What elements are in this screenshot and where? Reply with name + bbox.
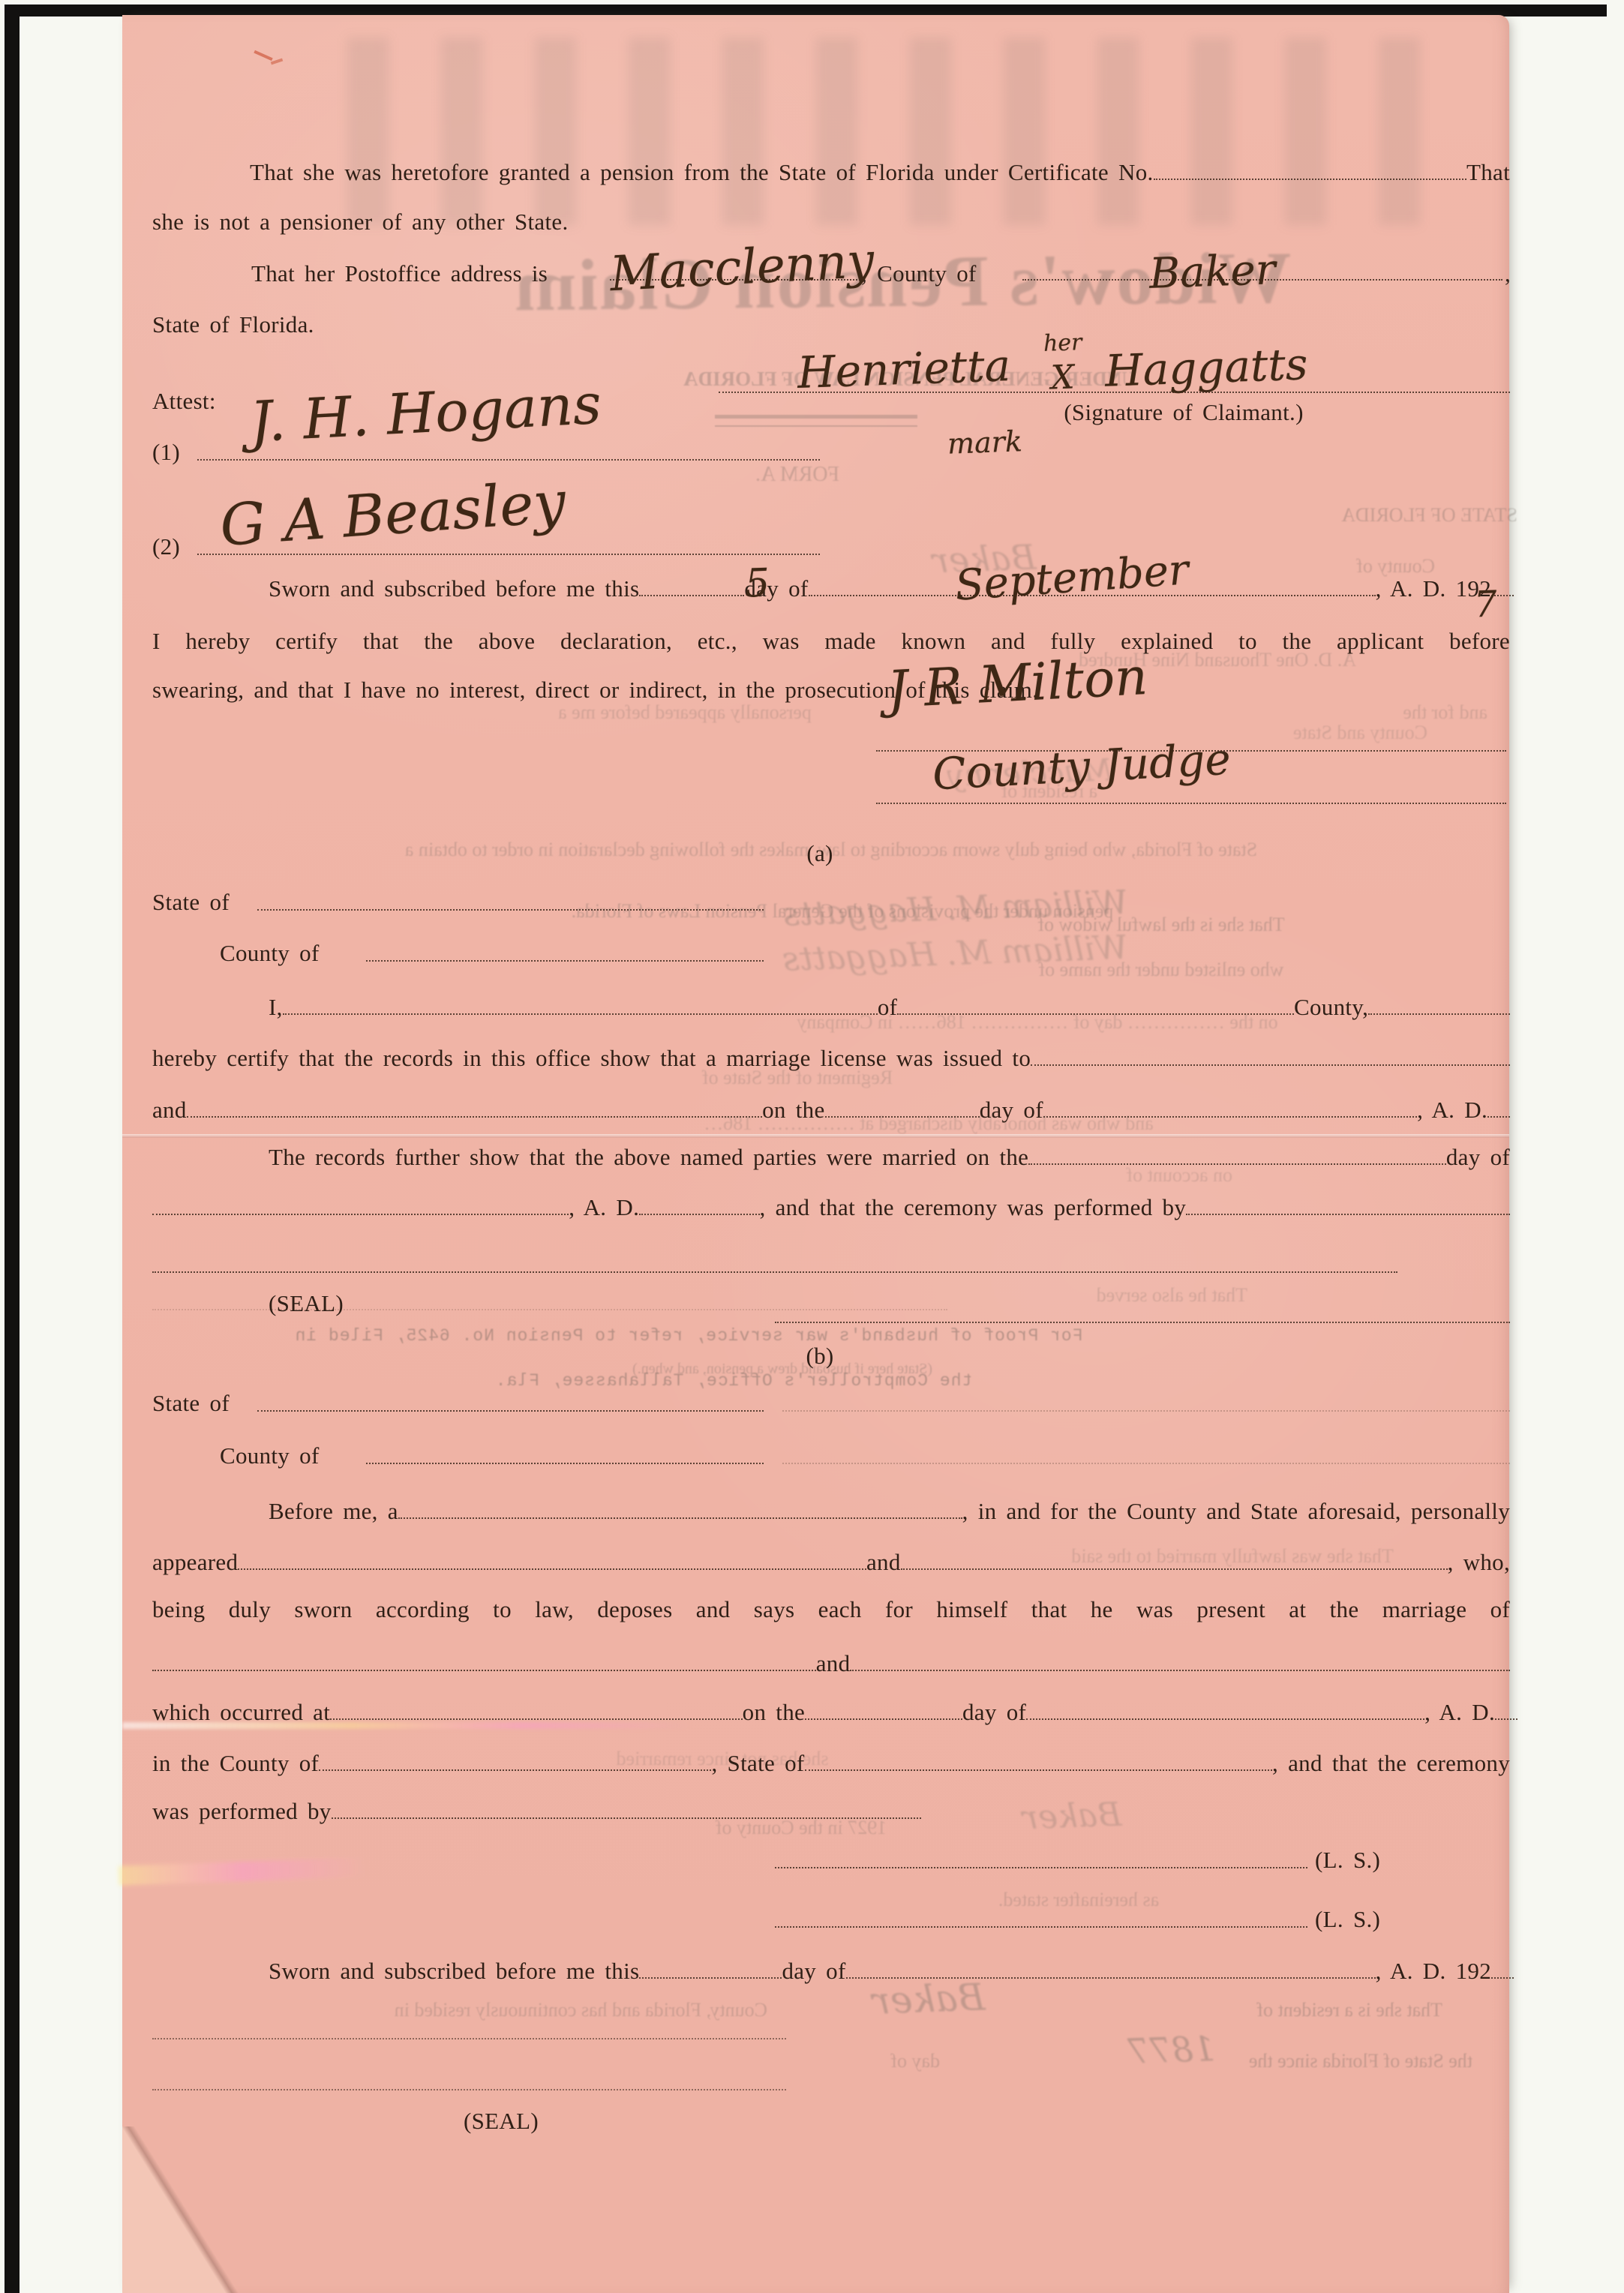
- fill-a-state: [257, 909, 764, 911]
- red-mark-2: [271, 59, 283, 65]
- ad-label: , A. D.: [1417, 1097, 1487, 1124]
- fill-groom: [152, 1650, 816, 1671]
- before-me-text2: , in and for the County and State afores…: [962, 1498, 1510, 1525]
- line-performed: was performed by: [152, 1798, 921, 1825]
- bleed-since-a: the State of Florida since the: [1052, 2050, 1472, 2072]
- scanner-edge-left: [5, 5, 20, 2293]
- county-of-label: , County of: [861, 260, 977, 287]
- fill-performed-by: [332, 1798, 921, 1819]
- seal-a-label: (SEAL): [269, 1290, 344, 1317]
- occurred-on-the: on the: [743, 1699, 805, 1726]
- line-married-on: The records further show that the above …: [269, 1144, 1510, 1171]
- fill-clerk-sign: [775, 1322, 1510, 1323]
- fill-certificate-no: [1154, 159, 1466, 180]
- line-couple: and: [152, 1650, 1510, 1677]
- sworn1-text: Sworn and subscribed before me this: [269, 575, 639, 602]
- corner-fold: [122, 2126, 242, 2293]
- fill-a-county: [366, 960, 764, 962]
- fill-occurred-year: [1495, 1699, 1517, 1720]
- bleed-smudge-top: [347, 38, 1457, 225]
- ls2-label: (L. S.): [1315, 1906, 1380, 1933]
- seal-b-label: (SEAL): [464, 2108, 539, 2135]
- witness2-number: (2): [152, 533, 180, 560]
- granted-that: That: [1466, 159, 1510, 186]
- hw-sworn-year-digit: 7: [1473, 583, 1497, 626]
- married-on-text: The records further show that the above …: [269, 1144, 1028, 1171]
- fill-marriage-county: [319, 1750, 711, 1771]
- fill-license-year: [1487, 1097, 1510, 1118]
- bleed-resident2a: That she is a resident of: [1052, 1999, 1442, 2021]
- before-me-text: Before me, a: [269, 1498, 398, 1525]
- sworn2-text: Sworn and subscribed before me this: [269, 1958, 639, 1985]
- ceremony2-label: , and that the ceremony: [1272, 1750, 1510, 1777]
- section-a-label: (a): [670, 840, 970, 867]
- bleed-also-served: That he also served: [955, 1284, 1247, 1307]
- fill-ls1: [775, 1867, 1307, 1868]
- fill-sworn1-day: [639, 575, 744, 596]
- of-label: of: [878, 994, 897, 1021]
- fold-crease-2: [122, 1722, 692, 1729]
- fill-occurred-place: [330, 1699, 742, 1720]
- occurred-ad: , A. D.: [1424, 1699, 1495, 1726]
- fill-bride: [850, 1650, 1510, 1671]
- hw-witness2: G A Beasley: [218, 468, 567, 559]
- county-comma: County,: [1294, 994, 1368, 1021]
- sworn2-ad: , A. D. 192: [1376, 1958, 1491, 1985]
- i-label: I,: [269, 994, 283, 1021]
- fill-license-day: [825, 1097, 980, 1118]
- fill-sworn2-month: [846, 1958, 1376, 1979]
- fill-license-name2: [187, 1097, 762, 1118]
- fill-officiant: [1186, 1194, 1510, 1215]
- bleed-double-rule: [715, 415, 917, 427]
- married-day-of: day of: [1446, 1144, 1510, 1171]
- bleed-typed-note-2: the Comptroller's Office, Tallahassee, F…: [385, 1371, 1082, 1391]
- bleed-dotted-b1: [782, 1410, 1510, 1412]
- hw-signature-first: Henrietta: [797, 340, 1011, 398]
- bleed-resident2b: County, Florida and has continuously res…: [152, 1999, 767, 2021]
- line-appeared: appeared and , who,: [152, 1549, 1510, 1576]
- fill-officiant2: [152, 1271, 1397, 1273]
- fill-marriage-state: [805, 1750, 1273, 1771]
- witness1-number: (1): [152, 439, 180, 466]
- b-county-of: County of: [220, 1442, 320, 1469]
- day-of-label: day of: [980, 1097, 1043, 1124]
- fill-b-state: [257, 1410, 764, 1412]
- line-ceremony: , A. D. , and that the ceremony was perf…: [152, 1194, 1510, 1221]
- line-before-me: Before me, a , in and for the County and…: [269, 1498, 1510, 1525]
- in-county-text: in the County of: [152, 1750, 319, 1777]
- iridescent-mark-left: [119, 1857, 367, 1886]
- bleed-form-label: FORM A.: [722, 463, 872, 487]
- b-state-of: State of: [152, 1390, 230, 1417]
- performed-text: was performed by: [152, 1798, 332, 1825]
- line-sworn1: Sworn and subscribed before me this day …: [269, 575, 1514, 602]
- fill-ls2: [775, 1926, 1307, 1928]
- fill-license-month: [1043, 1097, 1417, 1118]
- granted-text: That she was heretofore granted a pensio…: [250, 159, 1154, 186]
- hw-county: Baker: [1148, 245, 1277, 299]
- bleed-state-header: STATE OF FLORIDA: [1345, 504, 1517, 527]
- line-sworn2: Sworn and subscribed before me this day …: [269, 1958, 1514, 1985]
- hw-signature-x-mark: X: [1050, 358, 1075, 397]
- bleed-and-for: and for the: [1300, 701, 1487, 724]
- bleed-dotted-b2: [782, 1463, 1510, 1464]
- fill-judge-title: [876, 803, 1506, 804]
- line-duly-sworn: being duly sworn according to law, depos…: [152, 1596, 1510, 1623]
- occurred-day-of: day of: [962, 1699, 1026, 1726]
- sworn2-dayof: day of: [782, 1958, 845, 1985]
- scanned-document: Widow's Pension Claim UNDER GENERAL PENS…: [0, 0, 1624, 2293]
- ls1-label: (L. S.): [1315, 1847, 1380, 1874]
- bleed-dotted-since: [152, 2089, 786, 2090]
- bleed-ghost-county2: Baker: [1022, 1796, 1122, 1838]
- hw-signature-her: her: [1043, 329, 1082, 357]
- ceremony-by-text: , and that the ceremony was performed by: [760, 1194, 1187, 1221]
- appeared-label: appeared: [152, 1549, 238, 1576]
- line-granted: That she was heretofore granted a pensio…: [250, 159, 1510, 186]
- bleed-ghost-year: 1877: [1127, 2028, 1216, 2072]
- fill-license-name1: [1031, 1045, 1510, 1066]
- couple-and: and: [816, 1650, 851, 1677]
- on-the-label: on the: [762, 1097, 824, 1124]
- fill-officer: [398, 1498, 962, 1519]
- pension-form-page: Widow's Pension Claim UNDER GENERAL PENS…: [122, 15, 1509, 2293]
- line-license: hereby certify that the records in this …: [152, 1045, 1510, 1072]
- appeared-and: and: [866, 1549, 901, 1576]
- bleed-county-header: County of: [1292, 555, 1435, 578]
- and-label: and: [152, 1097, 187, 1124]
- ceremony-ad: , A. D.: [569, 1194, 639, 1221]
- fill-witness1: [197, 459, 820, 461]
- fill-married-day: [1028, 1144, 1446, 1165]
- line-in-county: in the County of , State of , and that t…: [152, 1750, 1510, 1777]
- fill-b-county: [366, 1463, 764, 1464]
- a-county-of: County of: [220, 940, 320, 967]
- signature-caption: (Signature of Claimant.): [1026, 399, 1341, 426]
- hw-witness1: J. H. Hogans: [248, 372, 603, 455]
- po-comma: ,: [1505, 260, 1511, 287]
- hw-signature-last: Haggatts: [1104, 338, 1309, 396]
- hw-judge-signature: J R Milton: [886, 647, 1149, 720]
- fill-sworn2-day: [639, 1958, 782, 1979]
- license-text: hereby certify that the records in this …: [152, 1045, 1031, 1072]
- bleed-dotted-resident: [152, 2038, 786, 2039]
- postoffice-label: That her Postoffice address is: [251, 260, 548, 287]
- fill-witness-a: [238, 1549, 866, 1570]
- bleed-hereinafter: as hereinafter stated.: [917, 1889, 1240, 1911]
- section-b-label: (b): [670, 1343, 970, 1370]
- fill-occurred-month: [1026, 1699, 1424, 1720]
- line-i-of-county: I, of County,: [269, 994, 1510, 1021]
- fill-married-month: [152, 1194, 569, 1215]
- red-mark-1: [254, 50, 272, 61]
- bleed-personally: personally appeared before me a: [445, 701, 925, 724]
- line-and-date: and on the day of , A. D.: [152, 1097, 1510, 1124]
- fill-after-county: [1368, 994, 1510, 1015]
- fill-occurred-day: [805, 1699, 962, 1720]
- fill-clerk-county: [897, 994, 1294, 1015]
- line-state-florida: State of Florida.: [152, 311, 314, 338]
- line-pensioner: she is not a pensioner of any other Stat…: [152, 209, 569, 236]
- fill-clerk-name: [283, 994, 878, 1015]
- state-of2-label: , State of: [711, 1750, 804, 1777]
- a-state-of: State of: [152, 889, 230, 916]
- fill-married-year: [639, 1194, 759, 1215]
- appeared-who: , who,: [1448, 1549, 1510, 1576]
- bleed-since-b: day of: [820, 2050, 940, 2072]
- attest-label: Attest:: [152, 388, 216, 415]
- line-certify1: I hereby certify that the above declarat…: [152, 628, 1510, 655]
- hw-signature-mark: mark: [947, 425, 1022, 460]
- hw-sworn-day: 5: [744, 560, 770, 606]
- fold-crease-1: [122, 1134, 1509, 1138]
- fill-sworn2-year: [1491, 1958, 1514, 1979]
- hw-judge-title: County Judge: [931, 734, 1232, 800]
- fill-witness-b: [901, 1549, 1448, 1570]
